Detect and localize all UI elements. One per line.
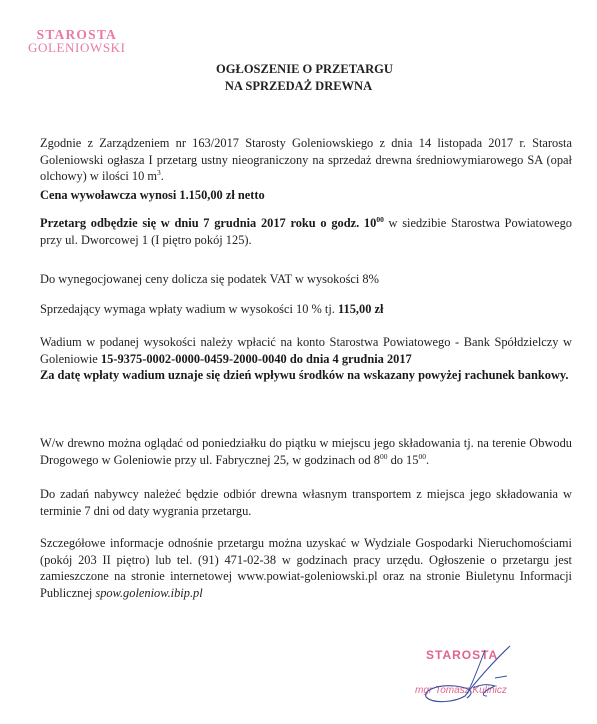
starosta-stamp: STAROSTA GOLENIOWSKI	[28, 28, 126, 54]
paragraph-intro: Zgodnie z Zarządzeniem nr 163/2017 Staro…	[40, 135, 572, 185]
bank-account: 15-9375-0002-0000-0459-2000-0040 do dnia…	[101, 352, 412, 366]
title-line-1: OGŁOSZENIE O PRZETARGU	[0, 61, 597, 78]
bip-link[interactable]: spow.goleniow.ibip.pl	[95, 586, 202, 600]
paragraph-viewing: W/w drewno można oglądać od poniedziałku…	[40, 435, 572, 468]
handwritten-signature-icon	[415, 640, 575, 720]
paragraph-contact-info: Szczegółowe informacje odnośnie przetarg…	[40, 535, 572, 601]
paragraph-deposit-account: Wadium w podanej wysokości należy wpłaci…	[40, 334, 572, 384]
paragraph-auction-date: Przetarg odbędzie się w dniu 7 grudnia 2…	[40, 215, 572, 248]
document-title: OGŁOSZENIE O PRZETARGU NA SPRZEDAŻ DREWN…	[0, 61, 597, 95]
paragraph-starting-price: Cena wywoławcza wynosi 1.150,00 zł netto	[40, 187, 572, 204]
paragraph-vat: Do wynegocjowanej ceny dolicza się podat…	[40, 271, 572, 288]
title-line-2: NA SPRZEDAŻ DREWNA	[0, 78, 597, 95]
paragraph-buyer-duties: Do zadań nabywcy należeć będzie odbiór d…	[40, 486, 572, 519]
stamp-line-2: GOLENIOWSKI	[28, 41, 126, 54]
paragraph-deposit: Sprzedający wymaga wpłaty wadium w wysok…	[40, 301, 572, 318]
signature-block: STAROSTA mgr Tomasz Kulinicz	[415, 640, 575, 720]
